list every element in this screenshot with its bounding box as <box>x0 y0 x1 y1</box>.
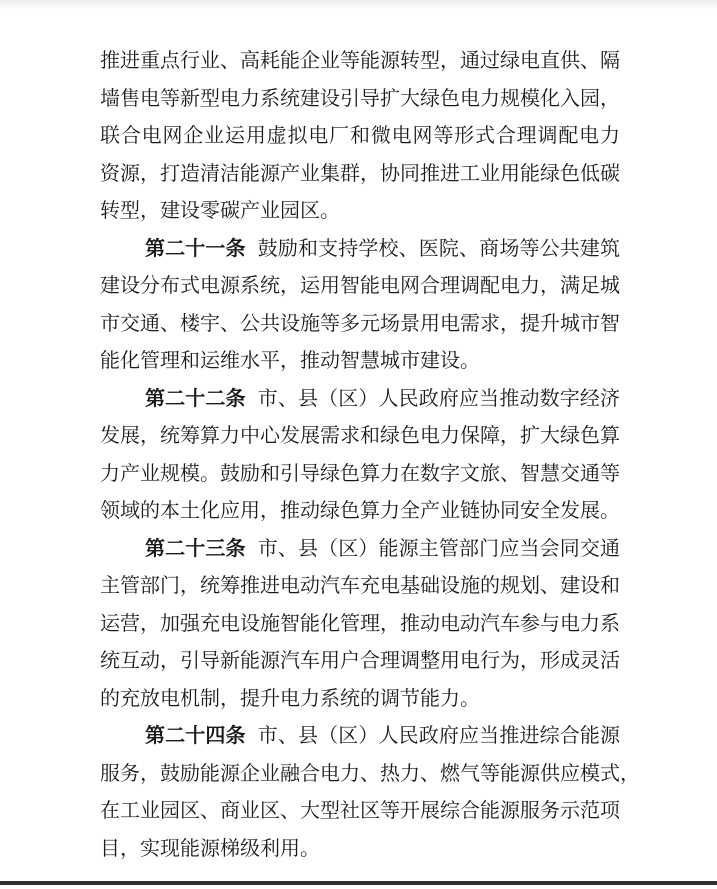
text-line: 的充放电机制，提升电力系统的调节能力。 <box>100 681 620 719</box>
text-line: 第二十一条鼓励和支持学校、医院、商场等公共建筑 <box>100 231 620 269</box>
text-line: 力产业规模。鼓励和引导绿色算力在数字文旅、智慧交通等 <box>100 456 620 494</box>
text-line: 第二十三条市、县（区）能源主管部门应当会同交通 <box>100 531 620 569</box>
paragraph-article-24: 第二十四条市、县（区）人民政府应当推进综合能源 服务，鼓励能源企业融合电力、热力… <box>100 718 620 868</box>
text-line: 目，实现能源梯级利用。 <box>100 831 620 869</box>
text-line: 主管部门，统筹推进电动汽车充电基础设施的规划、建设和 <box>100 568 620 606</box>
text-line: 统互动，引导新能源汽车用户合理调整用电行为，形成灵活 <box>100 643 620 681</box>
text-line: 市交通、楼宇、公共设施等多元场景用电需求，提升城市智 <box>100 306 620 344</box>
article-number: 第二十一条 <box>145 238 246 260</box>
article-number: 第二十二条 <box>145 388 246 410</box>
page-bottom-divider <box>0 881 717 885</box>
article-text: 市、县（区）能源主管部门应当会同交通 <box>258 538 620 560</box>
article-text: 市、县（区）人民政府应当推进综合能源 <box>258 725 620 747</box>
paragraph-article-22: 第二十二条市、县（区）人民政府应当推动数字经济 发展，统筹算力中心发展需求和绿色… <box>100 381 620 531</box>
article-text: 鼓励和支持学校、医院、商场等公共建筑 <box>258 238 620 260</box>
text-line: 第二十四条市、县（区）人民政府应当推进综合能源 <box>100 718 620 756</box>
paragraph-article-23: 第二十三条市、县（区）能源主管部门应当会同交通 主管部门，统筹推进电动汽车充电基… <box>100 531 620 719</box>
text-line: 领域的本土化应用，推动绿色算力全产业链协同安全发展。 <box>100 493 620 531</box>
text-line: 发展，统筹算力中心发展需求和绿色电力保障，扩大绿色算 <box>100 418 620 456</box>
text-line: 联合电网企业运用虚拟电厂和微电网等形式合理调配电力 <box>100 118 620 156</box>
page-top-shadow <box>0 0 717 10</box>
text-line: 服务，鼓励能源企业融合电力、热力、燃气等能源供应模式， <box>100 756 620 794</box>
article-text: 市、县（区）人民政府应当推动数字经济 <box>258 388 620 410</box>
text-line: 能化管理和运维水平，推动智慧城市建设。 <box>100 343 620 381</box>
text-line: 资源，打造清洁能源产业集群，协同推进工业用能绿色低碳 <box>100 156 620 194</box>
text-line: 第二十二条市、县（区）人民政府应当推动数字经济 <box>100 381 620 419</box>
article-number: 第二十四条 <box>145 725 246 747</box>
text-line: 转型，建设零碳产业园区。 <box>100 193 620 231</box>
article-number: 第二十三条 <box>145 538 246 560</box>
paragraph-article-21: 第二十一条鼓励和支持学校、医院、商场等公共建筑 建设分布式电源系统，运用智能电网… <box>100 231 620 381</box>
text-line: 墙售电等新型电力系统建设引导扩大绿色电力规模化入园， <box>100 81 620 119</box>
document-page: 推进重点行业、高耗能企业等能源转型，通过绿电直供、隔 墙售电等新型电力系统建设引… <box>0 0 717 889</box>
paragraph-continuation: 推进重点行业、高耗能企业等能源转型，通过绿电直供、隔 墙售电等新型电力系统建设引… <box>100 43 620 231</box>
text-line: 运营，加强充电设施智能化管理，推动电动汽车参与电力系 <box>100 606 620 644</box>
text-line: 建设分布式电源系统，运用智能电网合理调配电力，满足城 <box>100 268 620 306</box>
document-text: 推进重点行业、高耗能企业等能源转型，通过绿电直供、隔 墙售电等新型电力系统建设引… <box>100 43 620 868</box>
text-line: 在工业园区、商业区、大型社区等开展综合能源服务示范项 <box>100 793 620 831</box>
text-line: 推进重点行业、高耗能企业等能源转型，通过绿电直供、隔 <box>100 43 620 81</box>
